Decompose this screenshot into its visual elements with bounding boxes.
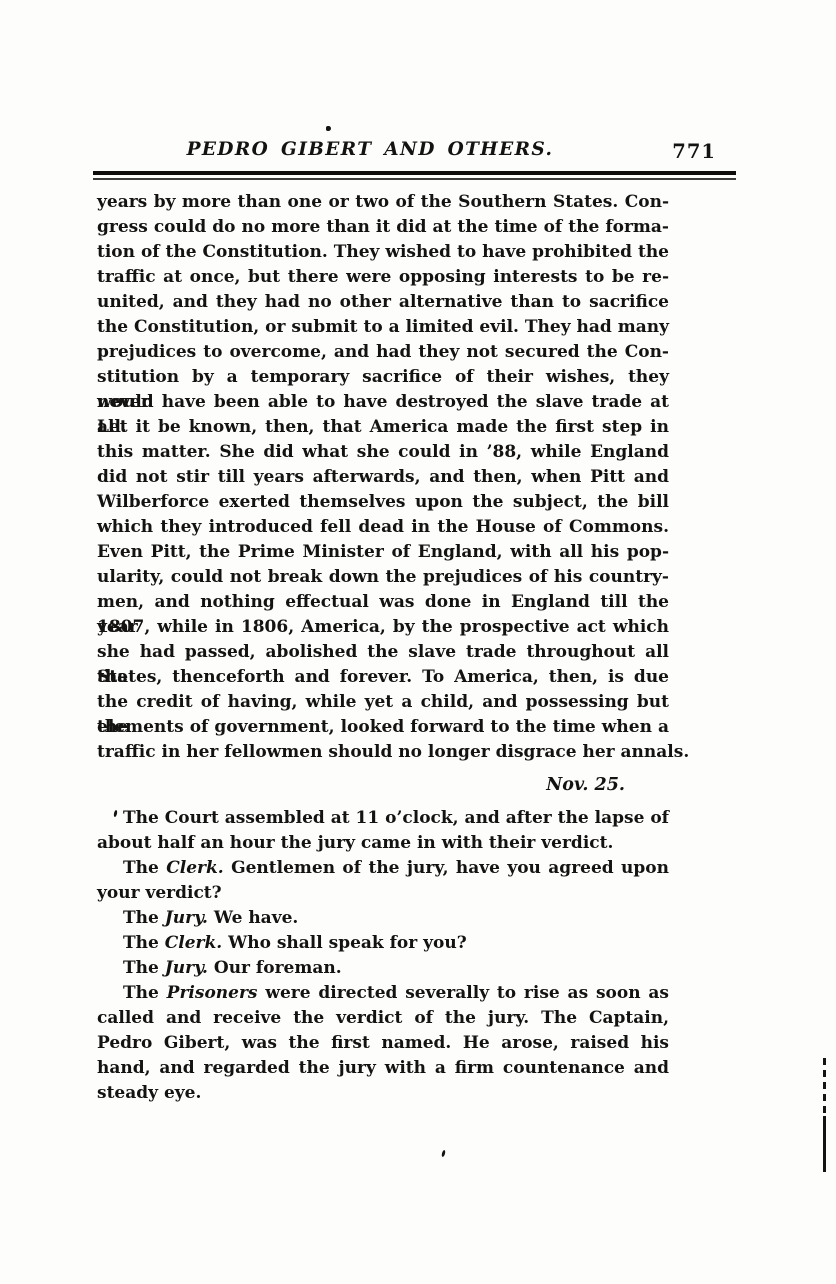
- text-line: years by more than one or two of the Sou…: [97, 190, 669, 215]
- text-segment: united, and they had no other alternativ…: [97, 292, 669, 312]
- text-segment: traffic at once, but there were opposing…: [97, 267, 669, 287]
- text-segment: Let it be known, then, that America made…: [97, 417, 669, 437]
- text-segment: The: [123, 958, 165, 978]
- speaker-name: Clerk.: [166, 858, 223, 878]
- page-edge-dashed-line: [823, 1058, 826, 1116]
- speaker-name: Prisoners: [167, 983, 258, 1003]
- text-segment: The: [123, 908, 165, 928]
- text-line: she had passed, abolished the slave trad…: [97, 640, 669, 665]
- text-line: this matter. She did what she could in ’…: [97, 440, 669, 465]
- text-line: your verdict?: [97, 881, 669, 906]
- text-line: Even Pitt, the Prime Minister of England…: [97, 540, 669, 565]
- text-segment: The: [123, 933, 165, 953]
- text-segment: your verdict?: [97, 883, 222, 903]
- text-segment: States, thenceforth and forever. To Amer…: [97, 667, 669, 687]
- text-line: traffic at once, but there were opposing…: [97, 265, 669, 290]
- text-line: did not stir till years afterwards, and …: [97, 465, 669, 490]
- text-segment: this matter. She did what she could in ’…: [97, 442, 669, 462]
- text-line: the Constitution, or submit to a limited…: [97, 315, 669, 340]
- dialogue-section: The Court assembled at 11 o’clock, and a…: [97, 806, 669, 1106]
- speaker-name: Jury.: [165, 958, 208, 978]
- text-segment: Who shall speak for you?: [222, 933, 466, 953]
- text-line: The Jury. Our foreman.: [97, 956, 669, 981]
- text-segment: tion of the Constitution. They wished to…: [97, 242, 669, 262]
- text-line: Pedro Gibert, was the first named. He ar…: [97, 1031, 669, 1056]
- text-line: would have been able to have destroyed t…: [97, 390, 669, 415]
- text-line: about half an hour the jury came in with…: [97, 831, 669, 856]
- text-line: prejudices to overcome, and had they not…: [97, 340, 669, 365]
- text-line: the credit of having, while yet a child,…: [97, 690, 669, 715]
- text-line: Let it be known, then, that America made…: [97, 415, 669, 440]
- page-edge-solid-line: [823, 1116, 826, 1172]
- page-number: 771: [672, 140, 716, 163]
- book-page: PEDRO GIBERT AND OTHERS. 771 years by mo…: [0, 0, 836, 1284]
- text-segment: Our foreman.: [208, 958, 342, 978]
- text-segment: steady eye.: [97, 1083, 201, 1103]
- text-line: gress could do no more than it did at th…: [97, 215, 669, 240]
- text-segment: The Court assembled at 11 o’clock, and a…: [123, 808, 669, 828]
- text-segment: Wilberforce exerted themselves upon the …: [97, 492, 669, 512]
- text-line: The Clerk. Gentlemen of the jury, have y…: [97, 856, 669, 881]
- text-segment: about half an hour the jury came in with…: [97, 833, 613, 853]
- text-segment: gress could do no more than it did at th…: [97, 217, 669, 237]
- text-segment: ularity, could not break down the prejud…: [97, 567, 669, 587]
- text-line: hand, and regarded the jury with a firm …: [97, 1056, 669, 1081]
- text-segment: years by more than one or two of the Sou…: [97, 192, 669, 212]
- text-line: stitution by a temporary sacrifice of th…: [97, 365, 669, 390]
- text-line: 1807, while in 1806, America, by the pro…: [97, 615, 669, 640]
- text-segment: traffic in her fellowmen should no longe…: [97, 742, 689, 762]
- text-segment: called and receive the verdict of the ju…: [97, 1008, 669, 1028]
- text-segment: which they introduced fell dead in the H…: [97, 517, 669, 537]
- text-segment: elements of government, looked forward t…: [97, 717, 669, 737]
- text-line: The Prisoners were directed severally to…: [97, 981, 669, 1006]
- text-line: steady eye.: [97, 1081, 669, 1106]
- opening-paragraph: years by more than one or two of the Sou…: [97, 190, 669, 765]
- speaker-name: Clerk.: [165, 933, 222, 953]
- text-line: elements of government, looked forward t…: [97, 715, 669, 740]
- text-segment: hand, and regarded the jury with a firm …: [97, 1058, 669, 1078]
- speaker-name: Jury.: [165, 908, 208, 928]
- text-line: tion of the Constitution. They wished to…: [97, 240, 669, 265]
- text-line: The Jury. We have.: [97, 906, 669, 931]
- header-rule-thin: [93, 178, 736, 180]
- text-segment: 1807, while in 1806, America, by the pro…: [97, 617, 669, 637]
- text-line: men, and nothing effectual was done in E…: [97, 590, 669, 615]
- ink-speck-artifact: [441, 1150, 446, 1158]
- text-segment: were directed severally to rise as soon …: [257, 983, 669, 1003]
- text-segment: The: [123, 983, 167, 1003]
- text-segment: Pedro Gibert, was the first named. He ar…: [97, 1033, 669, 1053]
- text-segment: prejudices to overcome, and had they not…: [97, 342, 669, 362]
- page-header-title: PEDRO GIBERT AND OTHERS.: [187, 139, 554, 160]
- text-line: States, thenceforth and forever. To Amer…: [97, 665, 669, 690]
- header-rule-thick: [93, 171, 736, 175]
- text-line: united, and they had no other alternativ…: [97, 290, 669, 315]
- date-line: Nov. 25.: [97, 773, 669, 798]
- text-segment: Even Pitt, the Prime Minister of England…: [97, 542, 669, 562]
- running-head: PEDRO GIBERT AND OTHERS. 771: [93, 139, 736, 167]
- text-line: The Clerk. Who shall speak for you?: [97, 931, 669, 956]
- text-segment: We have.: [208, 908, 298, 928]
- text-segment: Gentlemen of the jury, have you agreed u…: [224, 858, 669, 878]
- text-block: years by more than one or two of the Sou…: [97, 190, 669, 1106]
- text-line: Wilberforce exerted themselves upon the …: [97, 490, 669, 515]
- text-line: traffic in her fellowmen should no longe…: [97, 740, 669, 765]
- text-segment: The: [123, 858, 166, 878]
- text-line: which they introduced fell dead in the H…: [97, 515, 669, 540]
- text-line: called and receive the verdict of the ju…: [97, 1006, 669, 1031]
- text-segment: the Constitution, or submit to a limited…: [97, 317, 669, 337]
- text-line: ularity, could not break down the prejud…: [97, 565, 669, 590]
- ink-spot-artifact: [326, 126, 331, 131]
- text-line: The Court assembled at 11 o’clock, and a…: [97, 806, 669, 831]
- text-segment: did not stir till years afterwards, and …: [97, 467, 669, 487]
